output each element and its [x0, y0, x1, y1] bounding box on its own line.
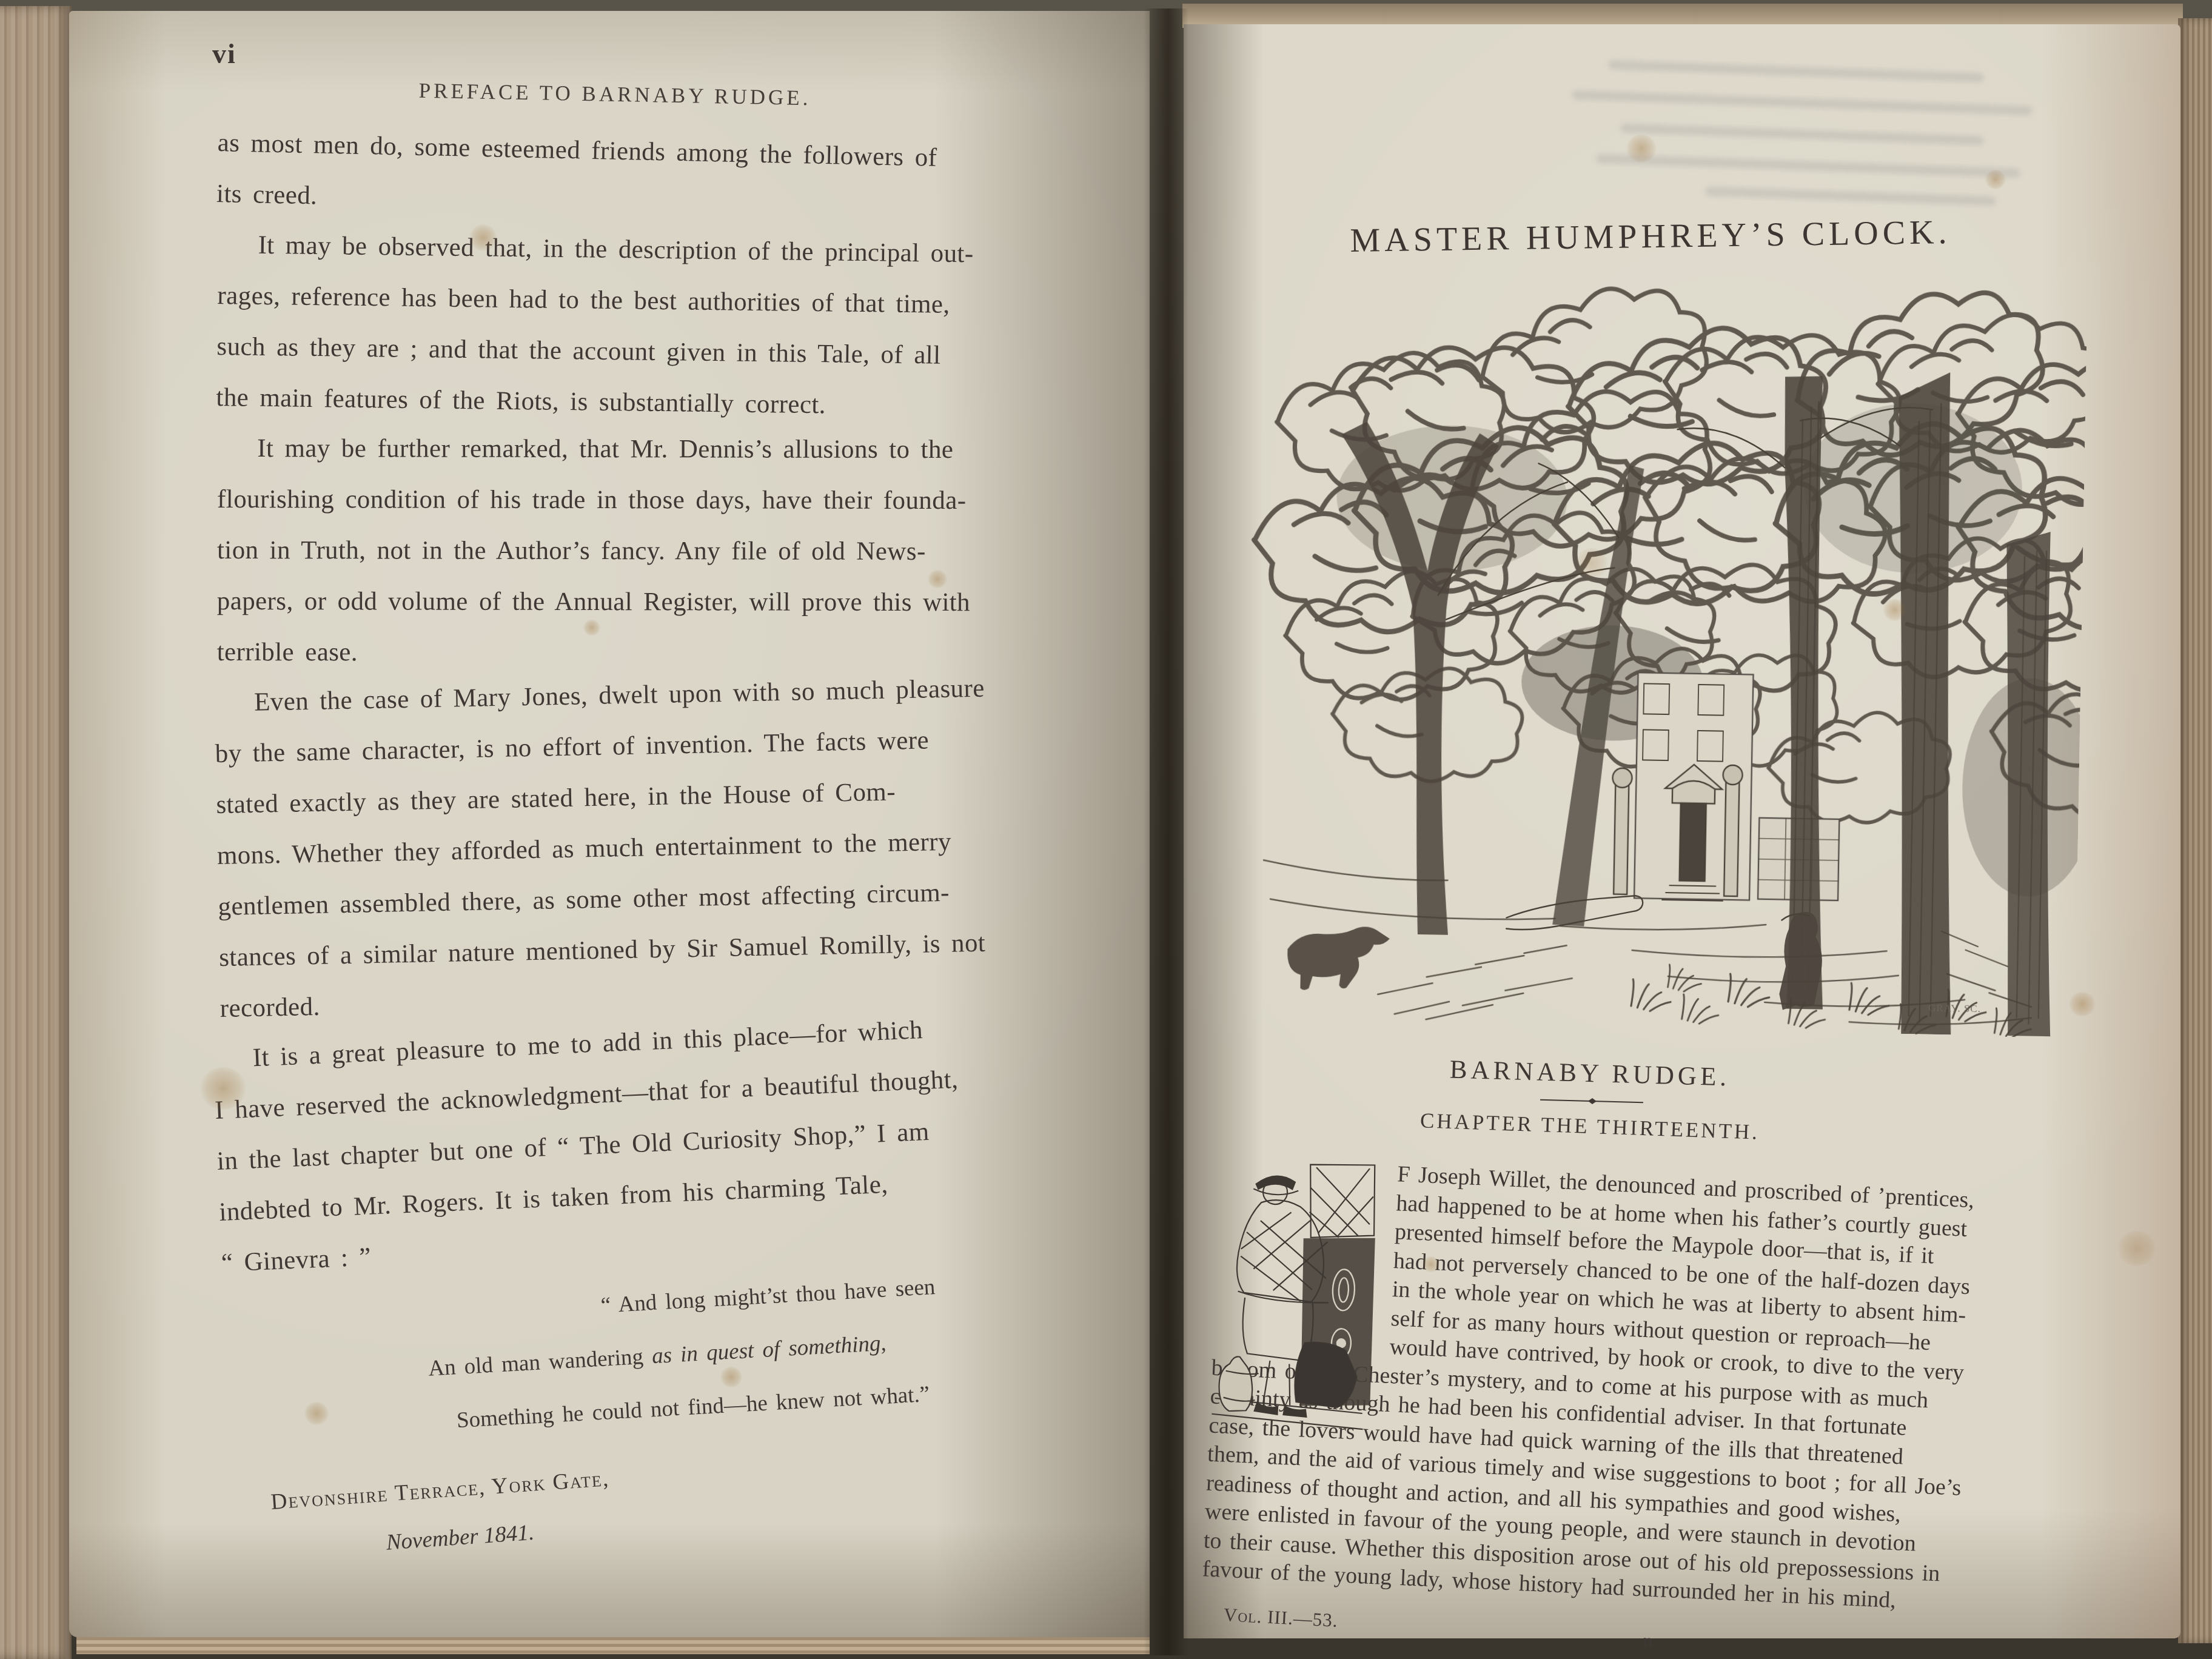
gutter-shadow	[1144, 8, 1188, 1655]
preface-paragraph: It may be further remarked, that Mr. Den…	[217, 423, 1109, 680]
grass-tufts	[1631, 964, 2032, 1038]
preface-text: as most men do, some esteemed friends am…	[217, 118, 1108, 1289]
preface-line: flourishing condition of his trade in th…	[217, 474, 1108, 527]
decorative-rule	[1540, 1095, 1643, 1108]
preface-paragraph: Even the case of Mary Jones, dwelt upon …	[213, 661, 1111, 1034]
page-number: vi	[212, 38, 236, 70]
show-through-text-line	[1572, 90, 2033, 116]
section-title: BARNABY RUDGE.	[1377, 1053, 1802, 1094]
right-page: MASTER HUMPHREY’S CLOCK.	[1184, 24, 2180, 1638]
fore-edge-pages-right	[2178, 18, 2212, 1643]
chapter-heading: CHAPTER THE THIRTEENTH.	[1347, 1106, 1833, 1147]
left-page: vi PREFACE TO BARNABY RUDGE. as most men…	[69, 11, 1150, 1637]
show-through-text-line	[1608, 60, 1984, 82]
chapter-text: F Joseph Willet, the denounced and prosc…	[1202, 1152, 2101, 1624]
show-through-text-line	[1620, 124, 1984, 146]
preface-line: papers, or odd volume of the Annual Regi…	[217, 576, 1108, 629]
show-through-text-line	[1705, 187, 1996, 206]
dog	[1287, 925, 1390, 991]
preface-paragraph: as most men do, some esteemed friends am…	[216, 118, 1109, 238]
verse-line-italic: as in quest of something,	[651, 1331, 887, 1369]
chapter-opening-vignette	[1208, 1157, 1382, 1438]
show-through-text-line	[1596, 154, 2020, 178]
signature-mark: n	[1643, 1630, 1653, 1652]
preface-paragraph: It may be observed that, in the descript…	[216, 220, 1110, 434]
verse-line-regular: An old man wandering	[427, 1344, 652, 1381]
book-photograph: vi PREFACE TO BARNABY RUDGE. as most men…	[0, 0, 2212, 1659]
book-title: MASTER HUMPHREY’S CLOCK.	[1256, 212, 2045, 261]
preface-line: It may be further remarked, that Mr. Den…	[217, 423, 1108, 476]
running-header: PREFACE TO BARNABY RUDGE.	[397, 78, 834, 111]
dateline: Devonshire Terrace, York Gate, November …	[269, 1455, 614, 1575]
preface-paragraph: It is a great pleasure to me to add in t…	[212, 997, 1113, 1289]
fore-edge-pages-left	[0, 6, 72, 1659]
verse-quotation: “ And long might’st thou have seen An ol…	[424, 1261, 942, 1449]
engraver-credit: GRAY. SC.	[1928, 1002, 1981, 1015]
woodland-engraving-illustration: GRAY. SC.	[1242, 276, 2087, 1038]
preface-line: tion in Truth, not in the Author’s fancy…	[217, 525, 1108, 578]
volume-footer: Vol. III.—53.	[1223, 1604, 1338, 1632]
